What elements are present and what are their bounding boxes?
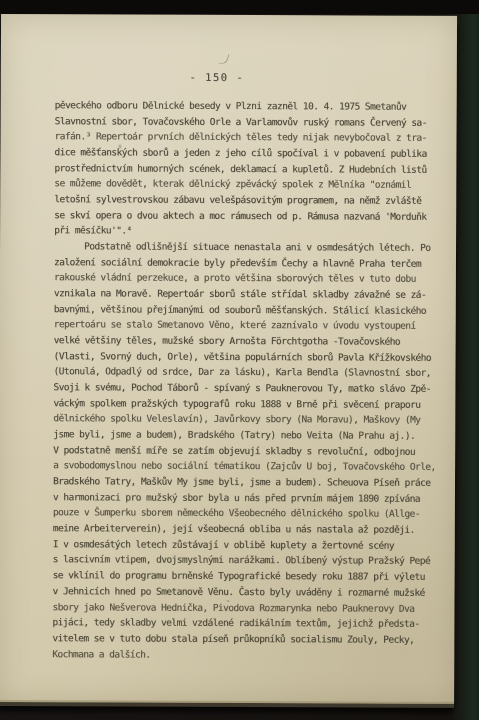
text-line: s lascivním vtipem, dvojsmyslnými narážk… bbox=[53, 553, 445, 570]
scanned-page: - 150 - pěveckého odboru Dělnické besedy… bbox=[0, 14, 457, 704]
text-line: (Vlasti, Svorný duch, Orle), většina pop… bbox=[54, 349, 446, 366]
text-line: a svobodomyslnou nebo sociální tématikou… bbox=[53, 459, 445, 476]
text-line: rakouské vládní perzekuce, a proto větši… bbox=[54, 271, 446, 288]
text-line: se můžeme dovědět, kterak dělnický zpěvá… bbox=[54, 177, 446, 194]
photo-frame: - 150 - pěveckého odboru Dělnické besedy… bbox=[0, 0, 479, 720]
text-line: bavnými, většinou přejímanými od souborů… bbox=[54, 302, 446, 319]
text-line: při měsíčku'".⁴ bbox=[54, 224, 446, 241]
paragraph: Podstatně odlišnější situace nenastala a… bbox=[52, 239, 446, 664]
page-number: - 150 - bbox=[1, 70, 433, 86]
text-line: se vklínil do programu brněnské Typograf… bbox=[53, 568, 445, 585]
text-line: repertoáru se stalo Smetanovo Věno, kter… bbox=[54, 318, 446, 335]
text-line: prostřednictvím humorných scének, deklam… bbox=[54, 161, 446, 178]
text-line: sbory jako Nešverova Hednička, Pivodova … bbox=[52, 600, 444, 617]
text-line: Svoji k svému, Pochod Táborů - spívaný s… bbox=[53, 380, 445, 397]
text-line: v Jehnicích hned po Smetanově Věnu. Čast… bbox=[52, 584, 444, 601]
text-block: pěveckého odboru Dělnické besedy v Plzni… bbox=[52, 98, 446, 664]
text-line: váckým spolkem pražských typografů roku … bbox=[53, 396, 445, 413]
text-line: Podstatně odlišnější situace nenastala a… bbox=[54, 239, 446, 256]
paragraph: pěveckého odboru Dělnické besedy v Plzni… bbox=[54, 98, 447, 241]
text-line: I v osmdesátých letech zůstávají v oblib… bbox=[53, 537, 445, 554]
text-line: vznikala na Moravě. Repertoár sborů stál… bbox=[54, 286, 446, 303]
text-line: (Utonulá, Odpadlý od srdce, Dar za lásku… bbox=[53, 365, 445, 382]
text-line: rafán.³ Repertoár prvních dělnických těl… bbox=[54, 130, 446, 147]
text-line: letošní sylvestrovskou zábavu velešpásov… bbox=[54, 192, 446, 209]
text-line: se skví opera o dvou aktech a moc rámuse… bbox=[54, 208, 446, 225]
text-line: V podstatně menší míře se zatím objevují… bbox=[53, 443, 445, 460]
text-line: velké většiny těles, mužské sbory Arnošt… bbox=[54, 333, 446, 350]
top-black-strip bbox=[0, 0, 479, 14]
text-line: pěveckého odboru Dělnické besedy v Plzni… bbox=[55, 98, 447, 115]
text-line: pijáci, tedy skladby velmi vzdálené radi… bbox=[52, 615, 444, 632]
text-line: meine Arbeiterverein), její všeobecná ob… bbox=[53, 521, 445, 538]
text-line: Slavnostní sbor, Tovačovského Orle a Var… bbox=[55, 114, 447, 131]
ink-smudge bbox=[218, 52, 229, 66]
text-line: v harmonizaci pro mužský sbor byla u nás… bbox=[53, 490, 445, 507]
text-line: dělnického spolku Veleslavín), Javůrkovy… bbox=[53, 412, 445, 429]
text-line: Kochmana a dalších. bbox=[52, 647, 444, 664]
text-line: založení sociální demokracie byly předev… bbox=[54, 255, 446, 272]
text-line: vitelem se v tuto dobu stala píseň průko… bbox=[52, 631, 444, 648]
text-line: Bradského Tatry, Maškův My jsme byli, js… bbox=[53, 474, 445, 491]
text-line: pouze v Šumperku sborem německého Všeobe… bbox=[53, 506, 445, 523]
text-line: jsme byli, jsme a budem), Bradského (Tat… bbox=[53, 427, 445, 444]
text-line: dice měšťanských sborů a jeden z jeho cí… bbox=[54, 145, 446, 162]
